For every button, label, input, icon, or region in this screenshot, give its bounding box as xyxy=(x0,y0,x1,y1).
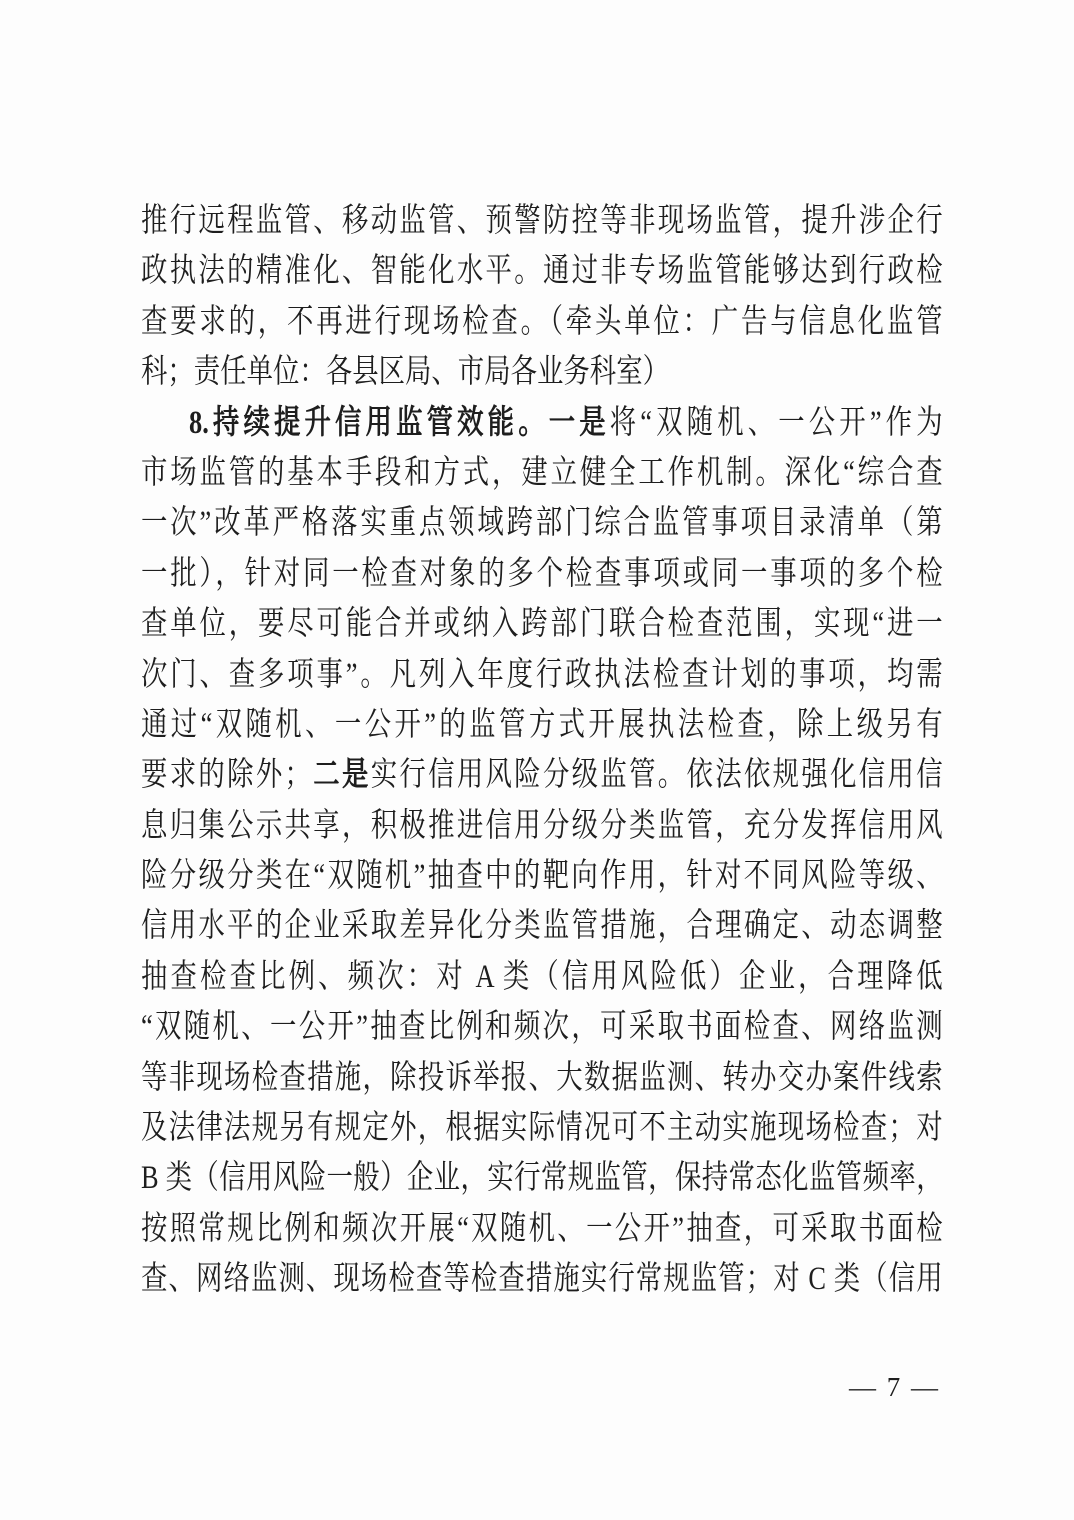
document-page: 推行远程监管、移动监管、预警防控等非现场监管，提升涉企行政执法的精准化、智能化水… xyxy=(0,0,1074,1520)
text-segment: 一次”改革严格落实重点领域跨部门综合监管事项目录清单（第 xyxy=(141,505,943,541)
text-segment: 一批），针对同一检查对象的多个检查事项或同一事项的多个检 xyxy=(141,556,943,592)
text-segment: 政执法的精准化、智能化水平。通过非专场监管能够达到行政检 xyxy=(141,253,943,289)
text-segment: B 类（信用风险一般）企业，实行常规监管，保持常态化监管频率， xyxy=(141,1160,943,1196)
text-segment: 及法律法规另有规定外，根据实际情况可不主动实施现场检查；对 xyxy=(141,1110,943,1146)
text-line: 查、网络监测、现场检查等检查措施实行常规监管；对 C 类（信用 xyxy=(141,1254,943,1304)
bold-text-segment: 二是 xyxy=(311,757,371,793)
page-number: — 7 — xyxy=(0,1372,940,1403)
text-line: 查单位，要尽可能合并或纳入跨部门联合检查范围，实现“进一 xyxy=(141,599,943,649)
text-segment: 按照常规比例和频次开展“双随机、一公开”抽查，可采取书面检 xyxy=(141,1211,943,1247)
text-segment: 息归集公示共享，积极推进信用分级分类监管，充分发挥信用风 xyxy=(141,808,943,844)
text-line: 要求的除外；二是实行信用风险分级监管。依法依规强化信用信 xyxy=(141,750,943,800)
text-line: B 类（信用风险一般）企业，实行常规监管，保持常态化监管频率， xyxy=(141,1153,943,1203)
text-segment: 查单位，要尽可能合并或纳入跨部门联合检查范围，实现“进一 xyxy=(141,606,943,642)
text-segment: 要求的除外； xyxy=(141,757,311,793)
text-line: 8.持续提升信用监管效能。一是将“双随机、一公开”作为 xyxy=(141,398,943,448)
text-segment: 实行信用风险分级监管。依法依规强化信用信 xyxy=(371,757,943,793)
text-line: 等非现场检查措施，除投诉举报、大数据监测、转办交办案件线索 xyxy=(141,1053,943,1103)
text-segment: 险分级分类在“双随机”抽查中的靶向作用，针对不同风险等级、 xyxy=(141,858,943,894)
text-line: 通过“双随机、一公开”的监管方式开展执法检查，除上级另有 xyxy=(141,700,943,750)
text-line: 市场监管的基本手段和方式，建立健全工作机制。深化“综合查 xyxy=(141,448,943,498)
document-body: 推行远程监管、移动监管、预警防控等非现场监管，提升涉企行政执法的精准化、智能化水… xyxy=(141,196,943,1305)
text-line: 信用水平的企业采取差异化分类监管措施，合理确定、动态调整 xyxy=(141,901,943,951)
text-line: 险分级分类在“双随机”抽查中的靶向作用，针对不同风险等级、 xyxy=(141,851,943,901)
text-segment: 查、网络监测、现场检查等检查措施实行常规监管；对 C 类（信用 xyxy=(141,1261,943,1297)
text-line: 一批），针对同一检查对象的多个检查事项或同一事项的多个检 xyxy=(141,549,943,599)
text-line: 按照常规比例和频次开展“双随机、一公开”抽查，可采取书面检 xyxy=(141,1204,943,1254)
text-segment: “双随机、一公开”抽查比例和频次，可采取书面检查、网络监测 xyxy=(141,1009,943,1045)
text-segment: 通过“双随机、一公开”的监管方式开展执法检查，除上级另有 xyxy=(141,707,943,743)
text-line: 及法律法规另有规定外，根据实际情况可不主动实施现场检查；对 xyxy=(141,1103,943,1153)
text-segment: 科；责任单位：各县区局、市局各业务科室） xyxy=(141,354,669,390)
text-segment: 等非现场检查措施，除投诉举报、大数据监测、转办交办案件线索 xyxy=(141,1060,943,1096)
text-line: “双随机、一公开”抽查比例和频次，可采取书面检查、网络监测 xyxy=(141,1002,943,1052)
text-line: 抽查检查比例、频次：对 A 类（信用风险低）企业，合理降低 xyxy=(141,952,943,1002)
text-segment: 信用水平的企业采取差异化分类监管措施，合理确定、动态调整 xyxy=(141,908,943,944)
text-line: 查要求的，不再进行现场检查。（牵头单位：广告与信息化监管 xyxy=(141,297,943,347)
text-segment: 查要求的，不再进行现场检查。（牵头单位：广告与信息化监管 xyxy=(141,304,943,340)
text-segment: 次门、查多项事”。凡列入年度行政执法检查计划的事项，均需 xyxy=(141,657,943,693)
text-segment: 抽查检查比例、频次：对 A 类（信用风险低）企业，合理降低 xyxy=(141,959,943,995)
text-line: 一次”改革严格落实重点领域跨部门综合监管事项目录清单（第 xyxy=(141,498,943,548)
text-segment: 市场监管的基本手段和方式，建立健全工作机制。深化“综合查 xyxy=(141,455,943,491)
text-line: 次门、查多项事”。凡列入年度行政执法检查计划的事项，均需 xyxy=(141,650,943,700)
text-segment: 推行远程监管、移动监管、预警防控等非现场监管，提升涉企行 xyxy=(141,203,943,239)
text-line: 息归集公示共享，积极推进信用分级分类监管，充分发挥信用风 xyxy=(141,801,943,851)
text-segment: 将“双随机、一公开”作为 xyxy=(610,405,943,441)
text-line: 科；责任单位：各县区局、市局各业务科室） xyxy=(141,347,943,397)
text-line: 政执法的精准化、智能化水平。通过非专场监管能够达到行政检 xyxy=(141,246,943,296)
bold-text-segment: 8.持续提升信用监管效能。一是 xyxy=(189,405,610,441)
text-line: 推行远程监管、移动监管、预警防控等非现场监管，提升涉企行 xyxy=(141,196,943,246)
